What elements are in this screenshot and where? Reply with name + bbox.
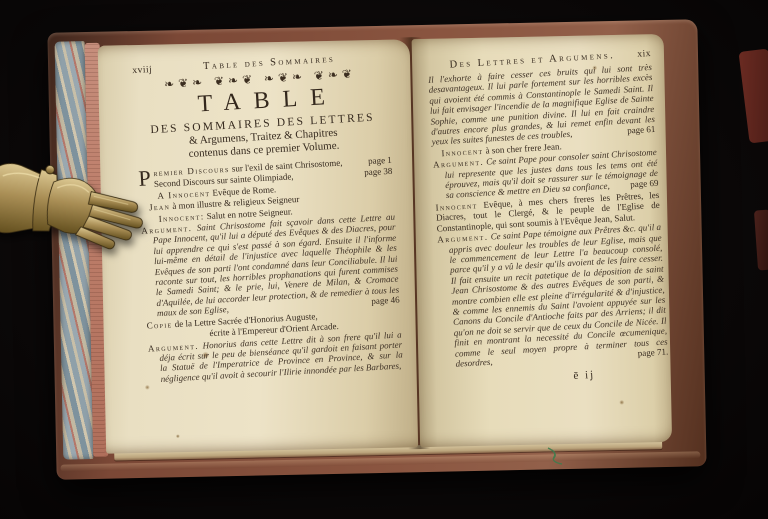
left-page-text: xviij Table des Sommaires ❧❦❧ ❦❧❦ ❧❦❧ ❦❧… — [132, 51, 404, 386]
page-reference: page 61 — [621, 124, 656, 136]
right-page-text: Des Lettres et Argumens. xix Il l'exhort… — [427, 48, 670, 390]
argument-summary-1: Argument. Saint Chrisostome fait sçavoir… — [141, 212, 400, 320]
photo-background: xviij Table des Sommaires ❧❦❧ ❦❧❦ ❧❦❧ ❦❧… — [0, 0, 768, 519]
background-red-object — [739, 49, 768, 144]
background-red-object — [754, 210, 768, 271]
page-reference: page 1 — [362, 155, 392, 167]
foxing-spot — [176, 434, 180, 438]
right-folio-number: xix — [637, 49, 651, 60]
argument-summary-4: Argument. Ce saint Pape témoigne aux Prê… — [437, 222, 668, 370]
left-page: xviij Table des Sommaires ❧❦❧ ❦❧❦ ❧❦❧ ❦❧… — [98, 39, 418, 453]
right-page: Des Lettres et Argumens. xix Il l'exhort… — [412, 34, 672, 447]
page-reference: page 46 — [376, 295, 400, 307]
signature-mark: ē ij — [445, 366, 669, 389]
page-reference: page 71. — [642, 346, 668, 358]
page-reference: page 69 — [635, 178, 659, 190]
argument-continuation: Il l'exhorte à faire cesser ces bruits q… — [428, 62, 656, 148]
foxing-spot — [619, 400, 624, 405]
page-reference: page 38 — [358, 166, 393, 178]
left-folio-number: xviij — [132, 65, 152, 76]
open-book: xviij Table des Sommaires ❧❦❧ ❦❧❦ ❧❦❧ ❦❧… — [47, 19, 706, 480]
green-thread — [546, 446, 572, 466]
